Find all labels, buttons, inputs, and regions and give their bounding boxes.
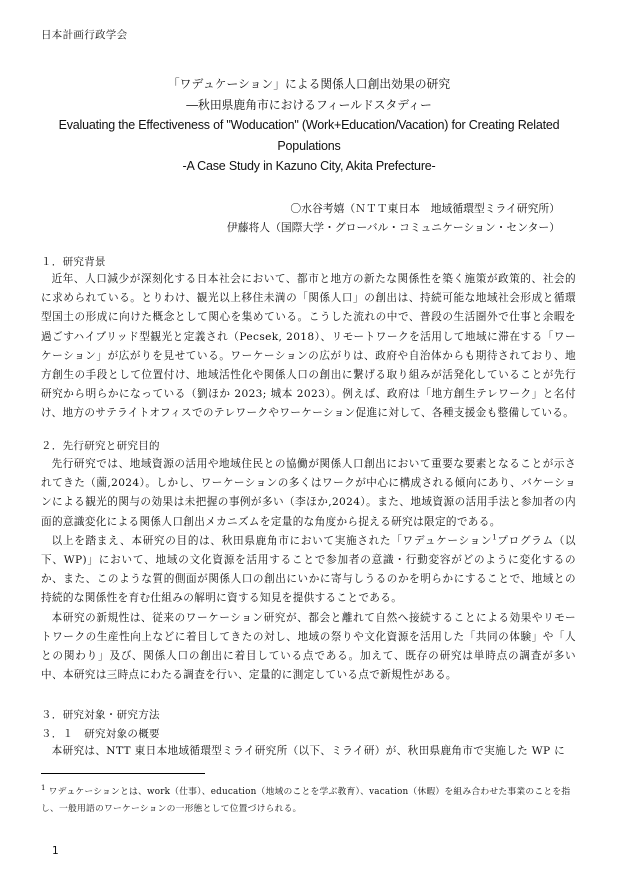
footnote: 1 ワデュケーションとは、work（仕事）、education（地域のことを学ぶ… [41, 784, 576, 818]
section-2-body: 先行研究では、地域資源の活用や地域住民との協働が関係人口創出において重要な要素と… [41, 455, 576, 685]
section-1-heading: １．研究背景 [41, 254, 106, 269]
section-3-heading: ３．研究対象・研究方法 [41, 707, 160, 722]
author-2: 伊藤将人（国際大学・グローバル・コミュニケーション・センター） [227, 218, 560, 237]
section-2-heading: ２．先行研究と研究目的 [41, 438, 160, 453]
author-list: 〇水谷考嬉（ＮＴＴ東日本 地域循環型ミライ研究所） 伊藤将人（国際大学・グローバ… [227, 199, 560, 237]
section-2-p2-text-a: 以上を踏まえ、本研究の目的は、秋田県鹿角市において実施された「ワデュケーション [52, 535, 493, 547]
section-2-paragraph-2: 以上を踏まえ、本研究の目的は、秋田県鹿角市において実施された「ワデュケーション1… [41, 532, 576, 609]
page-number: 1 [52, 845, 59, 857]
society-name: 日本計画行政学会 [41, 27, 127, 42]
paper-title-block: 「ワデュケーション」による関係人口創出効果の研究 ―秋田県鹿角市におけるフィール… [0, 74, 618, 177]
title-en-main-line1: Evaluating the Effectiveness of "Woducat… [0, 115, 618, 136]
section-3-body: 本研究は、NTT 東日本地域循環型ミライ研究所（以下、ミライ研）が、秋田県鹿角市… [41, 742, 576, 761]
title-ja-main: 「ワデュケーション」による関係人口創出効果の研究 [0, 74, 618, 95]
section-3-paragraph: 本研究は、NTT 東日本地域循環型ミライ研究所（以下、ミライ研）が、秋田県鹿角市… [41, 742, 576, 761]
section-1-body: 近年、人口減少が深刻化する日本社会において、都市と地方の新たな関係性を築く施策が… [41, 270, 576, 424]
section-3-1-heading: ３．１ 研究対象の概要 [41, 726, 160, 741]
title-en-main-line2: Populations [0, 136, 618, 157]
section-2-paragraph-3: 本研究の新規性は、従来のワーケーション研究が、都会と離れて自然へ接続することによ… [41, 609, 576, 686]
title-en-sub: -A Case Study in Kazuno City, Akita Pref… [0, 156, 618, 177]
author-1: 〇水谷考嬉（ＮＴＴ東日本 地域循環型ミライ研究所） [227, 199, 560, 218]
title-ja-sub: ―秋田県鹿角市におけるフィールドスタディー [0, 95, 618, 116]
section-2-paragraph-1: 先行研究では、地域資源の活用や地域住民との協働が関係人口創出において重要な要素と… [41, 455, 576, 532]
footnote-text: ワデュケーションとは、work（仕事）、education（地域のことを学ぶ教育… [41, 787, 570, 814]
footnote-divider [41, 773, 205, 774]
footnote-marker: 1 [41, 784, 46, 792]
section-1-paragraph: 近年、人口減少が深刻化する日本社会において、都市と地方の新たな関係性を築く施策が… [41, 270, 576, 424]
